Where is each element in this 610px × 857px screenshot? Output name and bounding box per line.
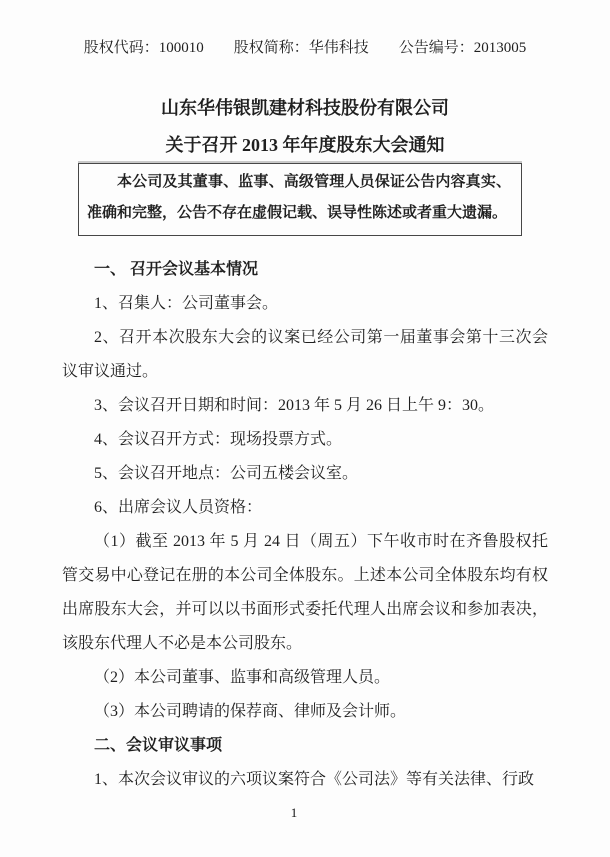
disclaimer-box: 本公司及其董事、监事、高级管理人员保证公告内容真实、准确和完整，公告不存在虚假记…	[78, 163, 522, 236]
stock-short-label: 股权简称：	[234, 40, 309, 56]
paragraph-attendee-shareholders: （1）截至 2013 年 5 月 24 日（周五）下午收市时在齐鲁股权托管交易中…	[62, 525, 548, 661]
announcement-number: 公告编号：2013005	[399, 38, 527, 58]
paragraph-attendee-directors: （2）本公司董事、监事和高级管理人员。	[62, 661, 548, 695]
paragraph-attendee-advisors: （3）本公司聘请的保荐商、律师及会计师。	[62, 695, 548, 729]
disclaimer-text: 本公司及其董事、监事、高级管理人员保证公告内容真实、准确和完整，公告不存在虚假记…	[87, 167, 511, 229]
paragraph-proposal-approval: 2、召开本次股东大会的议案已经公司第一届董事会第十三次会议审议通过。	[62, 321, 548, 389]
notice-title: 关于召开 2013 年年度股东大会通知	[0, 133, 610, 157]
stock-code: 股权代码：100010	[84, 38, 204, 58]
announcement-number-value: 2013005	[474, 40, 527, 56]
announcement-number-label: 公告编号：	[399, 40, 474, 56]
paragraph-meeting-method: 4、会议召开方式：现场投票方式。	[62, 423, 548, 457]
section-heading-2: 二、会议审议事项	[62, 729, 548, 763]
section-heading-1: 一、 召开会议基本情况	[62, 253, 548, 287]
company-title: 山东华伟银凯建材科技股份有限公司	[0, 96, 610, 120]
paragraph-meeting-datetime: 3、会议召开日期和时间：2013 年 5 月 26 日上午 9：30。	[62, 389, 548, 423]
paragraph-meeting-location: 5、会议召开地点：公司五楼会议室。	[62, 457, 548, 491]
document-page: 股权代码：100010 股权简称：华伟科技 公告编号：2013005 山东华伟银…	[0, 0, 610, 857]
paragraph-attendee-qualification: 6、出席会议人员资格：	[62, 491, 548, 525]
document-body: 一、 召开会议基本情况 1、召集人：公司董事会。 2、召开本次股东大会的议案已经…	[62, 253, 548, 797]
stock-info-header: 股权代码：100010 股权简称：华伟科技 公告编号：2013005	[0, 0, 610, 58]
paragraph-convener: 1、召集人：公司董事会。	[62, 287, 548, 321]
stock-short-name: 股权简称：华伟科技	[234, 38, 369, 58]
page-number: 1	[0, 805, 588, 821]
stock-short-value: 华伟科技	[309, 40, 369, 56]
stock-code-value: 100010	[159, 40, 204, 56]
paragraph-review-items: 1、本次会议审议的六项议案符合《公司法》等有关法律、行政	[62, 763, 548, 797]
stock-code-label: 股权代码：	[84, 40, 159, 56]
